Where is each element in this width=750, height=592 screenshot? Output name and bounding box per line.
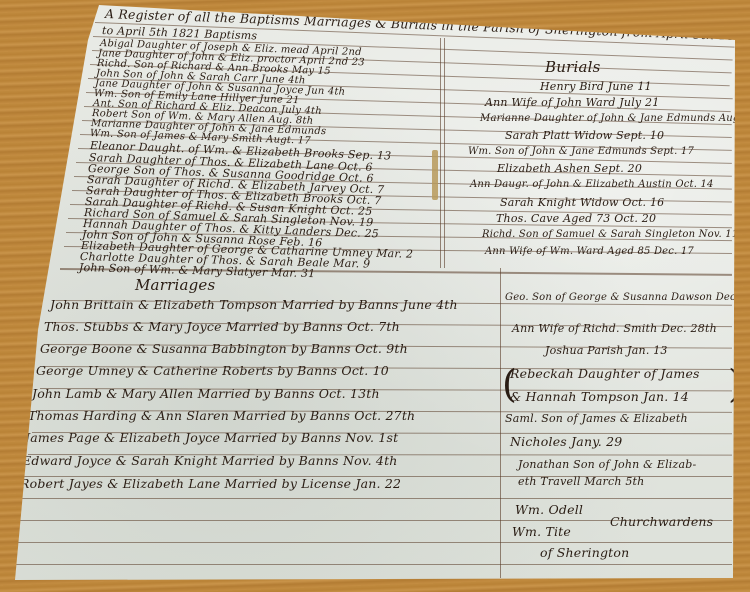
burial-entry: Ann Wife of John Ward July 21 <box>485 96 659 109</box>
fold-mark <box>432 150 438 200</box>
signature-line-1: Wm. Odell <box>515 502 583 517</box>
bracket-left: ( <box>502 362 517 406</box>
marriage-entry: John Brittain & Elizabeth Tompson Marrie… <box>50 297 458 312</box>
burial-entry: Sarah Knight Widow Oct. 16 <box>500 196 664 209</box>
burial-entry: Nicholes Jany. 29 <box>510 434 622 449</box>
parish-register-photo: A Register of all the Baptisms Marriages… <box>0 0 750 592</box>
burial-entry: Elizabeth Ashen Sept. 20 <box>497 162 642 175</box>
burial-entry: eth Travell March 5th <box>518 475 644 488</box>
burials-heading: Burials <box>545 58 601 76</box>
marriage-entry: Thomas Harding & Ann Slaren Married by B… <box>28 408 415 423</box>
signature-role: Churchwardens <box>610 514 713 529</box>
signature-line-2: Wm. Tite <box>512 524 571 539</box>
burial-entry: Sarah Platt Widow Sept. 10 <box>505 129 664 142</box>
marriage-entry: Edward Joyce & Sarah Knight Married by B… <box>22 453 398 468</box>
marriage-entry: George Boone & Susanna Babbington by Ban… <box>40 341 408 356</box>
burial-entry: Ann Daugr. of John & Elizabeth Austin Oc… <box>470 179 714 190</box>
marriage-entry: James Page & Elizabeth Joyce Married by … <box>25 430 398 445</box>
marriage-entry: Thos. Stubbs & Mary Joyce Married by Ban… <box>44 319 400 334</box>
burial-entry: Ann Wife of Richd. Smith Dec. 28th <box>512 322 717 335</box>
marriage-entry: Robert Jayes & Elizabeth Lane Married by… <box>20 476 401 491</box>
burial-entry: Rebeckah Daughter of James <box>510 366 700 381</box>
burial-entry: Wm. Son of John & Jane Edmunds Sept. 17 <box>468 146 694 157</box>
burial-entry: Joshua Parish Jan. 13 <box>545 344 668 357</box>
burial-entry: Henry Bird June 11 <box>540 80 652 93</box>
marriages-heading: Marriages <box>135 276 215 294</box>
burial-entry: Marianne Daughter of John & Jane Edmunds… <box>480 113 750 124</box>
burial-entry: & Hannah Tompson Jan. 14 <box>510 389 689 404</box>
signature-place: of Sherington <box>540 545 629 560</box>
burial-entry: Ann Wife of Wm. Ward Aged 85 Dec. 17 <box>485 246 694 257</box>
register-sheet: A Register of all the Baptisms Marriages… <box>0 0 750 592</box>
burial-entry: Saml. Son of James & Elizabeth <box>505 412 688 425</box>
burial-entry: Richd. Son of Samuel & Sarah Singleton N… <box>482 229 738 240</box>
burial-entry: Jonathan Son of John & Elizab- <box>518 458 696 471</box>
bracket-right: ) <box>728 362 743 406</box>
burial-entry: Thos. Cave Aged 73 Oct. 20 <box>496 212 656 225</box>
marriage-entry: George Umney & Catherine Roberts by Bann… <box>36 363 389 378</box>
marriage-entry: John Lamb & Mary Allen Married by Banns … <box>32 386 380 401</box>
burial-entry: Geo. Son of George & Susanna Dawson Dec.… <box>505 292 750 303</box>
